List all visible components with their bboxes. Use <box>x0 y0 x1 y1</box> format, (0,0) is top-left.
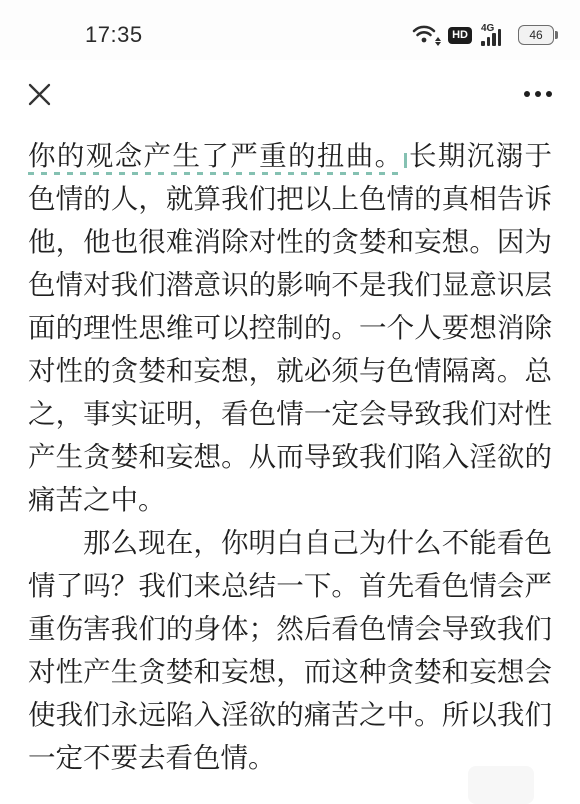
phone-screen: 17:35 HD 4G 46 <box>0 0 580 804</box>
more-options-button[interactable] <box>524 83 552 105</box>
wifi-icon <box>412 24 439 46</box>
paragraph-2: 那么现在，你明白自己为什么不能看色情了吗？我们来总结一下。首先看色情会严重伤害我… <box>28 521 552 779</box>
status-icons: HD 4G 46 <box>412 24 558 46</box>
battery-icon: 46 <box>518 25 558 45</box>
hd-call-icon: HD <box>448 27 472 44</box>
status-bar: 17:35 HD 4G 46 <box>0 0 580 60</box>
clock-time: 17:35 <box>85 22 143 48</box>
wifi-traffic-arrows-icon <box>435 37 441 46</box>
cellular-signal-icon: 4G <box>481 25 509 46</box>
article-body: 你的观念产生了严重的扭曲。长期沉溺于色情的人，就算我们把以上色情的真相告诉他，他… <box>0 128 580 779</box>
more-icon <box>524 91 530 97</box>
paragraph-1: 你的观念产生了严重的扭曲。长期沉溺于色情的人，就算我们把以上色情的真相告诉他，他… <box>28 134 552 521</box>
close-button[interactable] <box>24 79 54 109</box>
highlighted-phrase[interactable]: 你的观念产生了严重的扭曲。 <box>28 140 404 175</box>
watermark <box>468 766 534 804</box>
nav-bar <box>0 60 580 128</box>
paragraph-1-text: 长期沉溺于色情的人，就算我们把以上色情的真相告诉他，他也很难消除对性的贪婪和妄想… <box>28 140 552 515</box>
close-icon <box>26 81 53 108</box>
battery-percent: 46 <box>529 28 542 42</box>
highlight-end-marker-icon <box>404 153 407 168</box>
